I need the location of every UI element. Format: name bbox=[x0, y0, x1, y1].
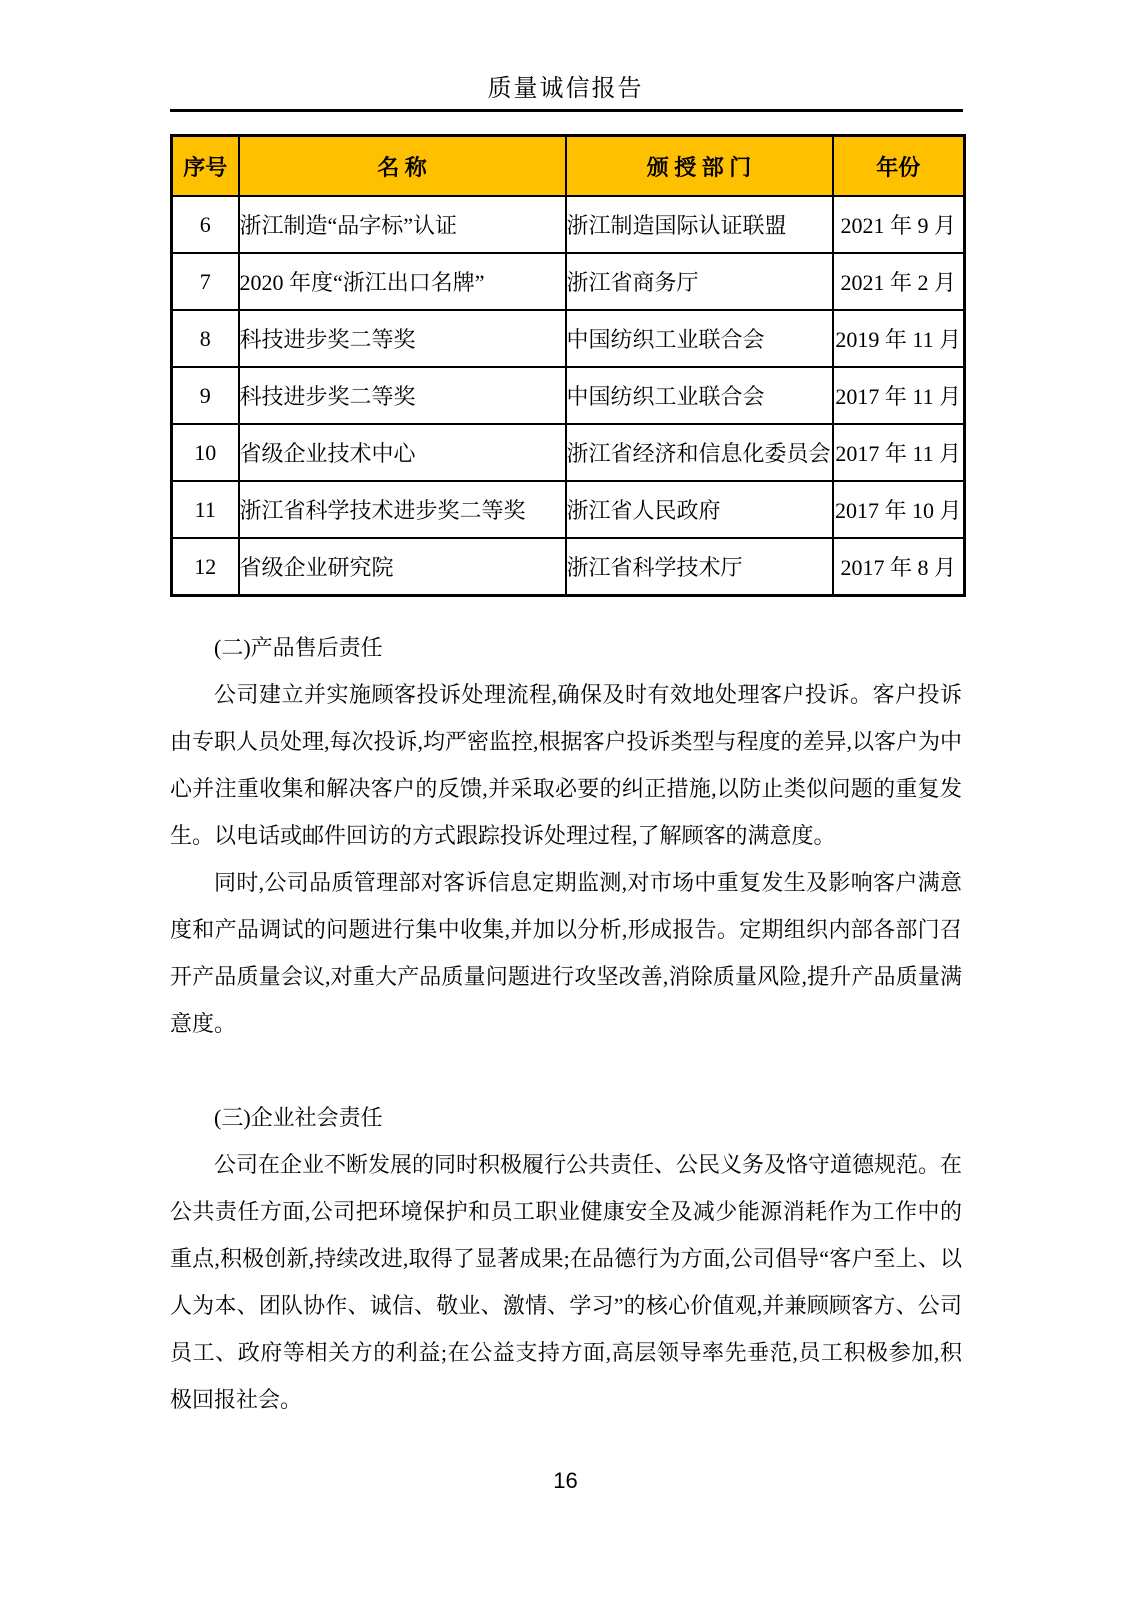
cell-no: 10 bbox=[172, 424, 239, 481]
cell-year: 2021 年 2 月 bbox=[833, 253, 965, 310]
page-header-title: 质量诚信报告 bbox=[0, 74, 1131, 104]
table-row: 9 科技进步奖二等奖 中国纺织工业联合会 2017 年 11 月 bbox=[172, 367, 965, 424]
cell-department: 中国纺织工业联合会 bbox=[566, 367, 833, 424]
cell-name: 浙江省科学技术进步奖二等奖 bbox=[239, 481, 566, 538]
cell-name: 2020 年度“浙江出口名牌” bbox=[239, 253, 566, 310]
paragraph-complaint-process: 公司建立并实施顾客投诉处理流程,确保及时有效地处理客户投诉。客户投诉由专职人员处… bbox=[170, 671, 962, 859]
table-row: 6 浙江制造“品字标”认证 浙江制造国际认证联盟 2021 年 9 月 bbox=[172, 196, 965, 253]
col-header-name: 名 称 bbox=[239, 136, 566, 197]
cell-no: 6 bbox=[172, 196, 239, 253]
cell-name: 省级企业研究院 bbox=[239, 538, 566, 596]
section-heading-social-responsibility: (三)企业社会责任 bbox=[170, 1094, 962, 1141]
table-row: 8 科技进步奖二等奖 中国纺织工业联合会 2019 年 11 月 bbox=[172, 310, 965, 367]
cell-no: 12 bbox=[172, 538, 239, 596]
cell-year: 2017 年 11 月 bbox=[833, 367, 965, 424]
table-row: 7 2020 年度“浙江出口名牌” 浙江省商务厅 2021 年 2 月 bbox=[172, 253, 965, 310]
table-row: 12 省级企业研究院 浙江省科学技术厅 2017 年 8 月 bbox=[172, 538, 965, 596]
cell-department: 浙江省科学技术厅 bbox=[566, 538, 833, 596]
page-number: 16 bbox=[0, 1468, 1131, 1494]
cell-year: 2021 年 9 月 bbox=[833, 196, 965, 253]
cell-no: 7 bbox=[172, 253, 239, 310]
cell-department: 浙江省经济和信息化委员会 bbox=[566, 424, 833, 481]
cell-name: 浙江制造“品字标”认证 bbox=[239, 196, 566, 253]
cell-year: 2017 年 8 月 bbox=[833, 538, 965, 596]
cell-department: 浙江制造国际认证联盟 bbox=[566, 196, 833, 253]
cell-department: 浙江省人民政府 bbox=[566, 481, 833, 538]
cell-year: 2017 年 10 月 bbox=[833, 481, 965, 538]
section-heading-after-sales: (二)产品售后责任 bbox=[170, 624, 962, 671]
body-text: (二)产品售后责任 公司建立并实施顾客投诉处理流程,确保及时有效地处理客户投诉。… bbox=[170, 624, 962, 1423]
header-rule bbox=[170, 109, 963, 112]
table-row: 11 浙江省科学技术进步奖二等奖 浙江省人民政府 2017 年 10 月 bbox=[172, 481, 965, 538]
cell-department: 中国纺织工业联合会 bbox=[566, 310, 833, 367]
cell-department: 浙江省商务厅 bbox=[566, 253, 833, 310]
cell-name: 科技进步奖二等奖 bbox=[239, 310, 566, 367]
awards-table: 序号 名 称 颁 授 部 门 年份 6 浙江制造“品字标”认证 浙江制造国际认证… bbox=[170, 134, 966, 597]
paragraph-quality-monitoring: 同时,公司品质管理部对客诉信息定期监测,对市场中重复发生及影响客户满意度和产品调… bbox=[170, 859, 962, 1047]
cell-name: 省级企业技术中心 bbox=[239, 424, 566, 481]
cell-name: 科技进步奖二等奖 bbox=[239, 367, 566, 424]
col-header-department: 颁 授 部 门 bbox=[566, 136, 833, 197]
document-page: 质量诚信报告 序号 名 称 颁 授 部 门 年份 6 浙江制造“品字标”认证 浙… bbox=[0, 0, 1131, 1600]
table-header-row: 序号 名 称 颁 授 部 门 年份 bbox=[172, 136, 965, 197]
cell-no: 11 bbox=[172, 481, 239, 538]
cell-year: 2017 年 11 月 bbox=[833, 424, 965, 481]
cell-year: 2019 年 11 月 bbox=[833, 310, 965, 367]
col-header-no: 序号 bbox=[172, 136, 239, 197]
cell-no: 8 bbox=[172, 310, 239, 367]
paragraph-social-responsibility: 公司在企业不断发展的同时积极履行公共责任、公民义务及恪守道德规范。在公共责任方面… bbox=[170, 1141, 962, 1423]
col-header-year: 年份 bbox=[833, 136, 965, 197]
table-row: 10 省级企业技术中心 浙江省经济和信息化委员会 2017 年 11 月 bbox=[172, 424, 965, 481]
cell-no: 9 bbox=[172, 367, 239, 424]
